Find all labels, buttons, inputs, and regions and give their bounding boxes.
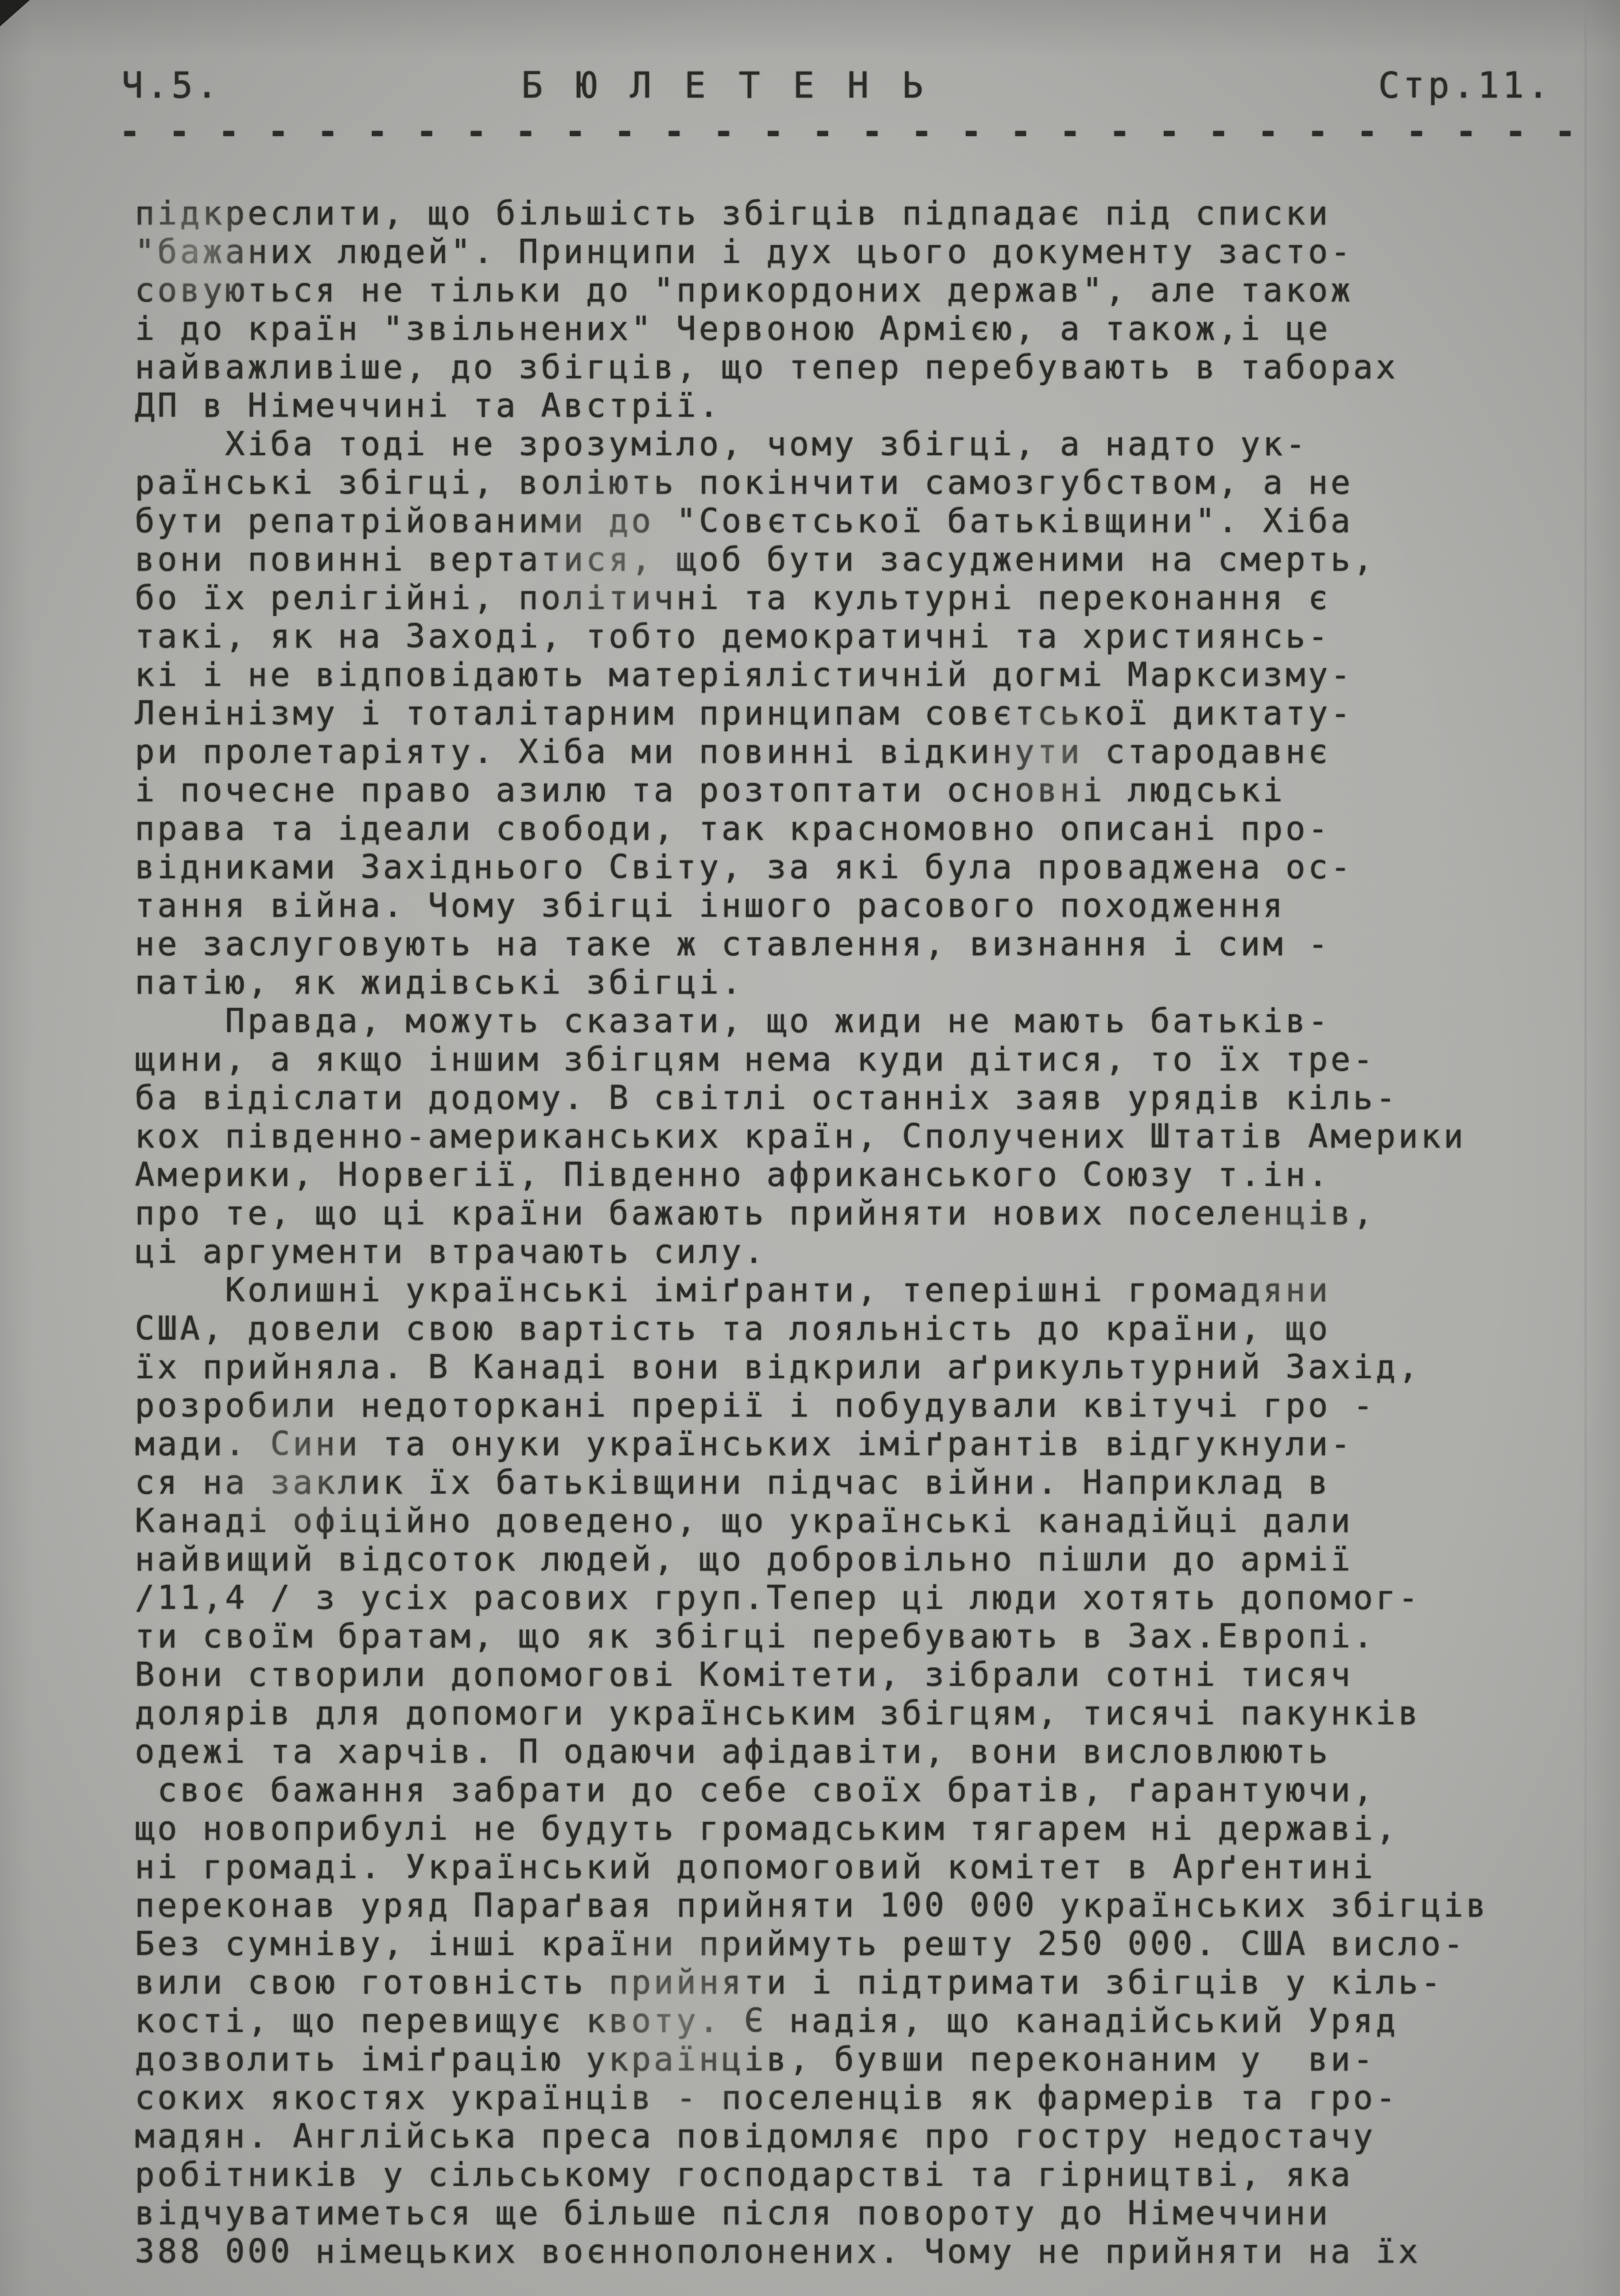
text-line: бути репатрійованими до "Совєтської бать…	[135, 502, 1568, 541]
text-line: ба відіслати додому. В світлі останніх з…	[135, 1079, 1568, 1118]
text-line: патію, як жидівські збігці.	[135, 964, 1568, 1002]
text-line: тання війна. Чому збігці іншого расового…	[135, 887, 1568, 925]
text-line: ся на заклик їх батьківщини підчас війни…	[135, 1464, 1568, 1502]
text-line: відниками Західнього Світу, за які була …	[135, 848, 1568, 887]
text-line: такі, як на Заході, тобто демократичні т…	[135, 618, 1568, 656]
text-line: розробили недоторкані прерії і побудувал…	[135, 1387, 1568, 1425]
text-line: вили свою готовність прийняти і підтрима…	[135, 1964, 1568, 2002]
text-line: не заслуговують на таке ж ставлення, виз…	[135, 925, 1568, 964]
text-line: Хіба тоді не зрозуміло, чому збігці, а н…	[135, 425, 1568, 464]
text-line: совуються не тільки до "прикордоних держ…	[135, 272, 1568, 310]
text-line: ці аргументи втрачають силу.	[135, 1233, 1568, 1271]
paper-crease	[1584, 0, 1587, 2296]
text-line: відчуватиметься ще більше після повороту…	[135, 2194, 1568, 2233]
text-line: кі і не відповідають матеріялістичній до…	[135, 656, 1568, 695]
page-header: Ч.5. Б Ю Л Е Т Е Н Ь Стр.11.	[0, 0, 1620, 106]
text-line: найважливіше, до збігців, що тепер переб…	[135, 348, 1568, 387]
text-line: їх прийняла. В Канаді вони відкрили аґри…	[135, 1348, 1568, 1387]
issue-number: Ч.5.	[122, 64, 221, 106]
text-line: про те, що ці країни бажають прийняти но…	[135, 1194, 1568, 1233]
text-line: ДП в Німеччині та Австрії.	[135, 387, 1568, 425]
text-line: соких якостях українців - поселенців як …	[135, 2079, 1568, 2117]
text-line: робітників у сільському господарстві та …	[135, 2156, 1568, 2194]
text-line: кох південно-американських країн, Сполуч…	[135, 1118, 1568, 1156]
text-line: кості, що перевищує квоту. Є надія, що к…	[135, 2002, 1568, 2041]
text-line: найвищий відсоток людей, що добровільно …	[135, 1541, 1568, 1579]
text-line: раїнські збігці, воліють покінчити самоз…	[135, 464, 1568, 502]
scanned-page: Ч.5. Б Ю Л Е Т Е Н Ь Стр.11. - - - - - -…	[0, 0, 1620, 2296]
text-line: що новоприбулі не будуть громадським тяг…	[135, 1810, 1568, 1848]
text-line: Колишні українські іміґранти, теперішні …	[135, 1271, 1568, 1310]
text-line: вони повинні вертатися, щоб бути засудже…	[135, 541, 1568, 579]
text-line: мади. Сини та онуки українських іміґрант…	[135, 1425, 1568, 1464]
text-line: Правда, можуть сказати, що жиди не мають…	[135, 1002, 1568, 1041]
text-line: "бажаних людей". Принципи і дух цього до…	[135, 233, 1568, 272]
text-line: дозволить іміґрацію українців, бувши пер…	[135, 2041, 1568, 2079]
text-line: Америки, Норвегії, Південно африканськог…	[135, 1156, 1568, 1194]
text-line: бо їх релігійні, політичні та культурні …	[135, 579, 1568, 618]
text-line: Без сумніву, інші країни приймуть решту …	[135, 1925, 1568, 1964]
text-line: ри пролетаріяту. Хіба ми повинні відкину…	[135, 733, 1568, 771]
text-line: переконав уряд Параґвая прийняти 100 000…	[135, 1887, 1568, 1925]
text-line: Ленінізму і тоталітарним принципам совєт…	[135, 695, 1568, 733]
text-line: права та ідеали свободи, так красномовно…	[135, 810, 1568, 848]
text-line: і почесне право азилю та розтоптати осно…	[135, 771, 1568, 810]
text-line: 388 000 німецьких воєннополонених. Чому …	[135, 2233, 1568, 2271]
text-line: підкреслити, що більшість збігців підпад…	[135, 195, 1568, 233]
text-line: Вони створили допомогові Комітети, зібра…	[135, 1656, 1568, 1694]
text-line: /11,4 / з усіх расових груп.Тепер ці люд…	[135, 1579, 1568, 1618]
text-line: одежі та харчів. П одаючи афідавіти, вон…	[135, 1733, 1568, 1771]
text-line: ти своїм братам, що як збігці перебувают…	[135, 1618, 1568, 1656]
page-title: Б Ю Л Е Т Е Н Ь	[522, 64, 929, 106]
document-body: підкреслити, що більшість збігців підпад…	[135, 195, 1568, 2271]
text-line: Канаді офіційно доведено, що українські …	[135, 1502, 1568, 1541]
text-line: і до країн "звільнених" Червоною Армією,…	[135, 310, 1568, 348]
text-line: своє бажання забрати до себе своїх браті…	[135, 1771, 1568, 1810]
header-divider: - - - - - - - - - - - - - - - - - - - - …	[0, 106, 1620, 152]
text-line: мадян. Англійська преса повідомляє про г…	[135, 2117, 1568, 2156]
text-line: долярів для допомоги українським збігцям…	[135, 1694, 1568, 1733]
text-line: ні громаді. Український допомоговий комі…	[135, 1848, 1568, 1887]
page-number: Стр.11.	[1378, 64, 1552, 106]
text-line: щини, а якщо іншим збігцям нема куди діт…	[135, 1041, 1568, 1079]
text-line: США, довели свою вартість та лояльність …	[135, 1310, 1568, 1348]
